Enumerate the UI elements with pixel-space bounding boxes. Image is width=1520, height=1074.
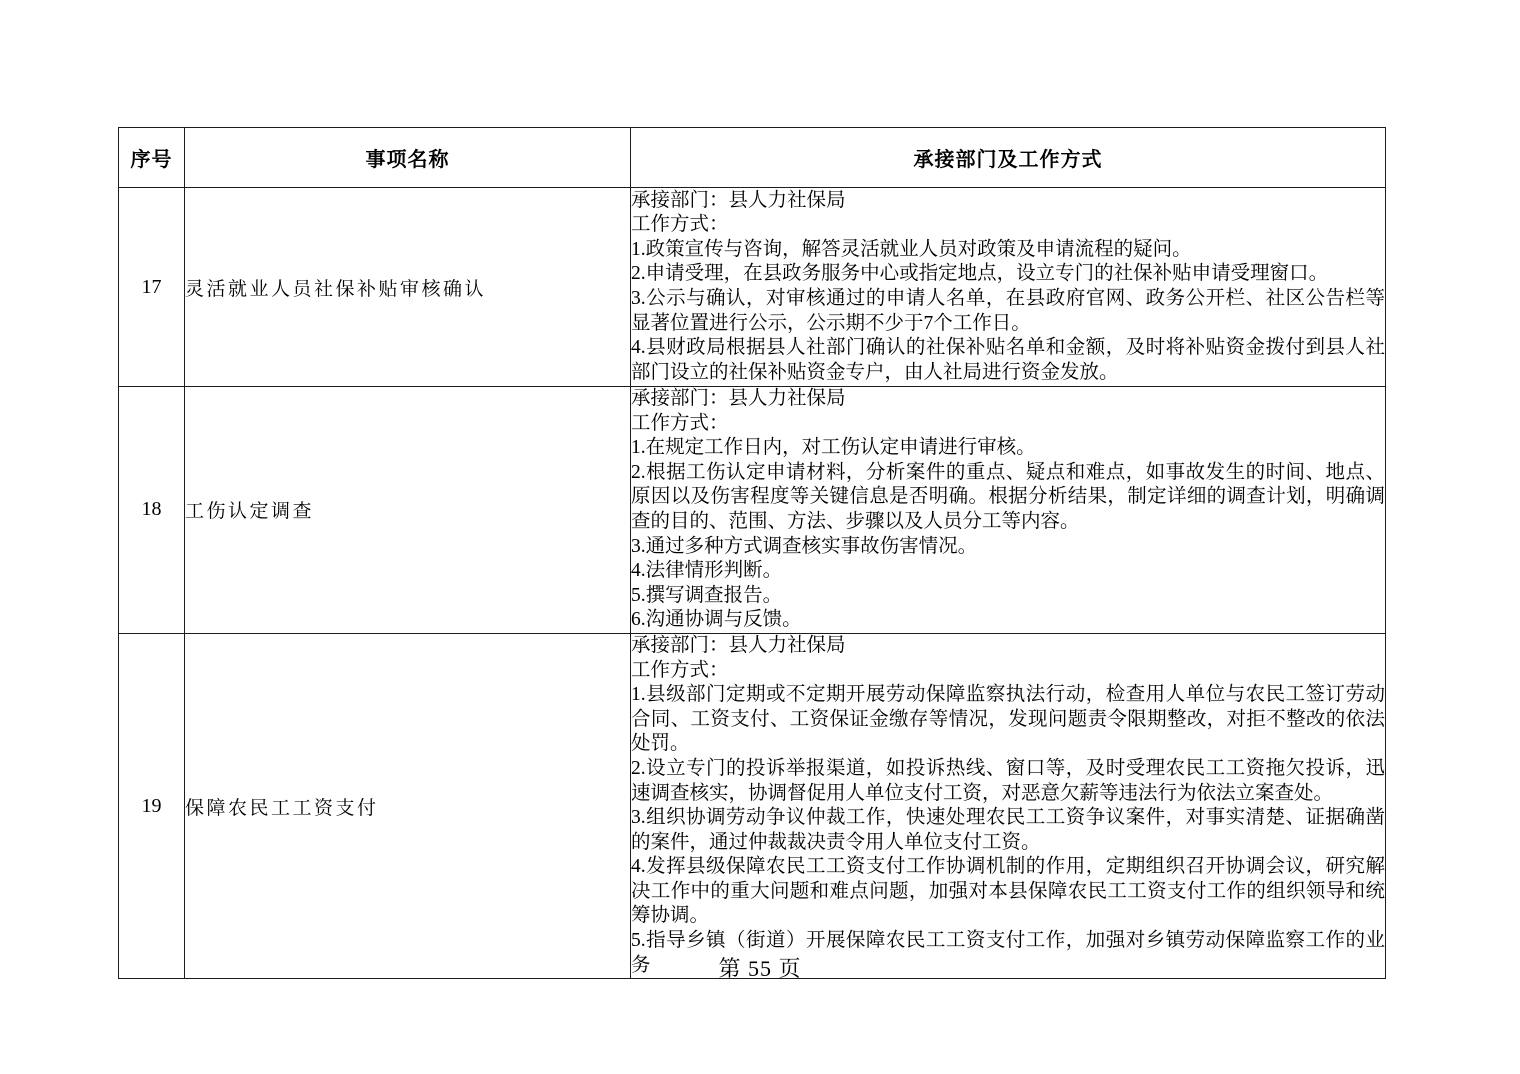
table-header-row: 序号 事项名称 承接部门及工作方式 [119,128,1386,188]
method-step: 4.发挥县级保障农民工工资支付工作协调机制的作用，定期组织召开协调会议，研究解决… [631,855,1385,929]
method-step: 1.政策宣传与咨询，解答灵活就业人员对政策及申请流程的疑问。 [631,238,1385,263]
method-step: 5.撰写调查报告。 [631,584,1385,609]
table-row: 19 保障农民工工资支付 承接部门：县人力社保局 工作方式： 1.县级部门定期或… [119,633,1386,978]
col-header-item-name: 事项名称 [185,128,631,188]
table-row: 18 工伤认定调查 承接部门：县人力社保局 工作方式： 1.在规定工作日内，对工… [119,387,1386,634]
method-step: 4.县财政局根据县人社部门确认的社保补贴名单和金额，及时将补贴资金拨付到县人社部… [631,336,1385,385]
method-step: 3.公示与确认，对审核通过的申请人名单，在县政府官网、政务公开栏、社区公告栏等显… [631,287,1385,336]
method-cell: 承接部门：县人力社保局 工作方式： 1.县级部门定期或不定期开展劳动保障监察执法… [631,633,1386,978]
method-step: 1.县级部门定期或不定期开展劳动保障监察执法行动，检查用人单位与农民工签订劳动合… [631,683,1385,757]
row-index: 17 [119,188,185,387]
item-name: 保障农民工工资支付 [185,633,631,978]
department-line: 承接部门：县人力社保局 [631,634,1385,659]
method-label: 工作方式： [631,213,1385,238]
page-number: 第 55 页 [0,952,1520,983]
document-page: 序号 事项名称 承接部门及工作方式 17 灵活就业人员社保补贴审核确认 承接部门… [118,127,1386,979]
item-name: 工伤认定调查 [185,387,631,634]
row-index: 18 [119,387,185,634]
table-row: 17 灵活就业人员社保补贴审核确认 承接部门：县人力社保局 工作方式： 1.政策… [119,188,1386,387]
method-step: 4.法律情形判断。 [631,559,1385,584]
item-name: 灵活就业人员社保补贴审核确认 [185,188,631,387]
row-index: 19 [119,633,185,978]
method-step: 3.通过多种方式调查核实事故伤害情况。 [631,535,1385,560]
method-cell: 承接部门：县人力社保局 工作方式： 1.政策宣传与咨询，解答灵活就业人员对政策及… [631,188,1386,387]
method-cell: 承接部门：县人力社保局 工作方式： 1.在规定工作日内，对工伤认定申请进行审核。… [631,387,1386,634]
method-label: 工作方式： [631,412,1385,437]
method-step: 2.设立专门的投诉举报渠道，如投诉热线、窗口等，及时受理农民工工资拖欠投诉，迅速… [631,757,1385,806]
col-header-department-method: 承接部门及工作方式 [631,128,1386,188]
col-header-index: 序号 [119,128,185,188]
method-step: 2.根据工伤认定申请材料，分析案件的重点、疑点和难点，如事故发生的时间、地点、原… [631,461,1385,535]
department-line: 承接部门：县人力社保局 [631,189,1385,214]
items-table: 序号 事项名称 承接部门及工作方式 17 灵活就业人员社保补贴审核确认 承接部门… [118,127,1386,979]
method-step: 1.在规定工作日内，对工伤认定申请进行审核。 [631,436,1385,461]
method-step: 2.申请受理，在县政务服务中心或指定地点，设立专门的社保补贴申请受理窗口。 [631,262,1385,287]
method-label: 工作方式： [631,659,1385,684]
method-step: 3.组织协调劳动争议仲裁工作，快速处理农民工工资争议案件，对事实清楚、证据确凿的… [631,806,1385,855]
method-step: 6.沟通协调与反馈。 [631,608,1385,633]
department-line: 承接部门：县人力社保局 [631,387,1385,412]
